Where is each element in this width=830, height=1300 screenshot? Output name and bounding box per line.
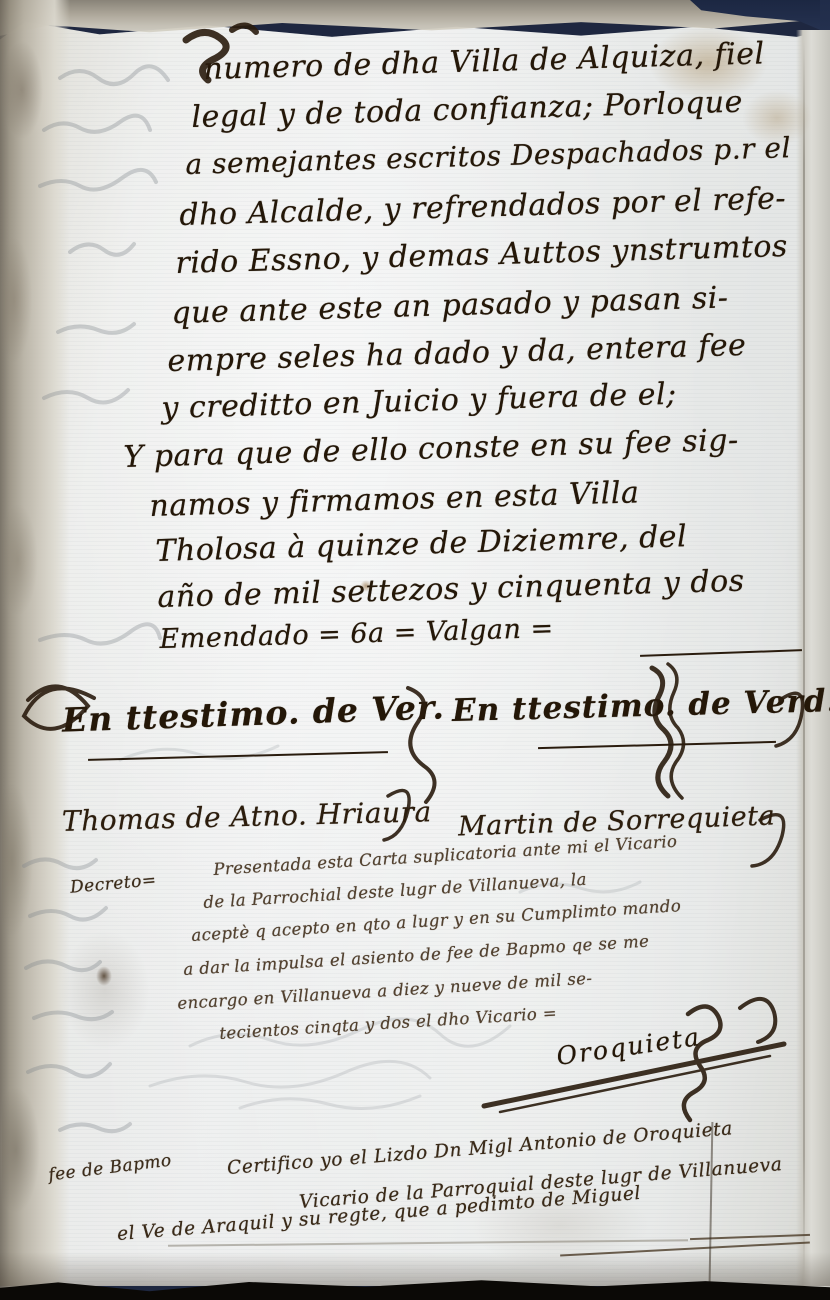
page-edge-shadow-line <box>803 40 805 1280</box>
page-edge-right <box>796 30 830 1300</box>
paper-stain <box>60 930 150 1050</box>
bottom-page-shadow <box>0 1252 830 1286</box>
torn-paper-texture <box>2 0 48 1300</box>
manuscript-scan: numero de dha Villa de Alquiza, fiel leg… <box>0 0 830 1300</box>
ink-blot <box>96 966 112 986</box>
